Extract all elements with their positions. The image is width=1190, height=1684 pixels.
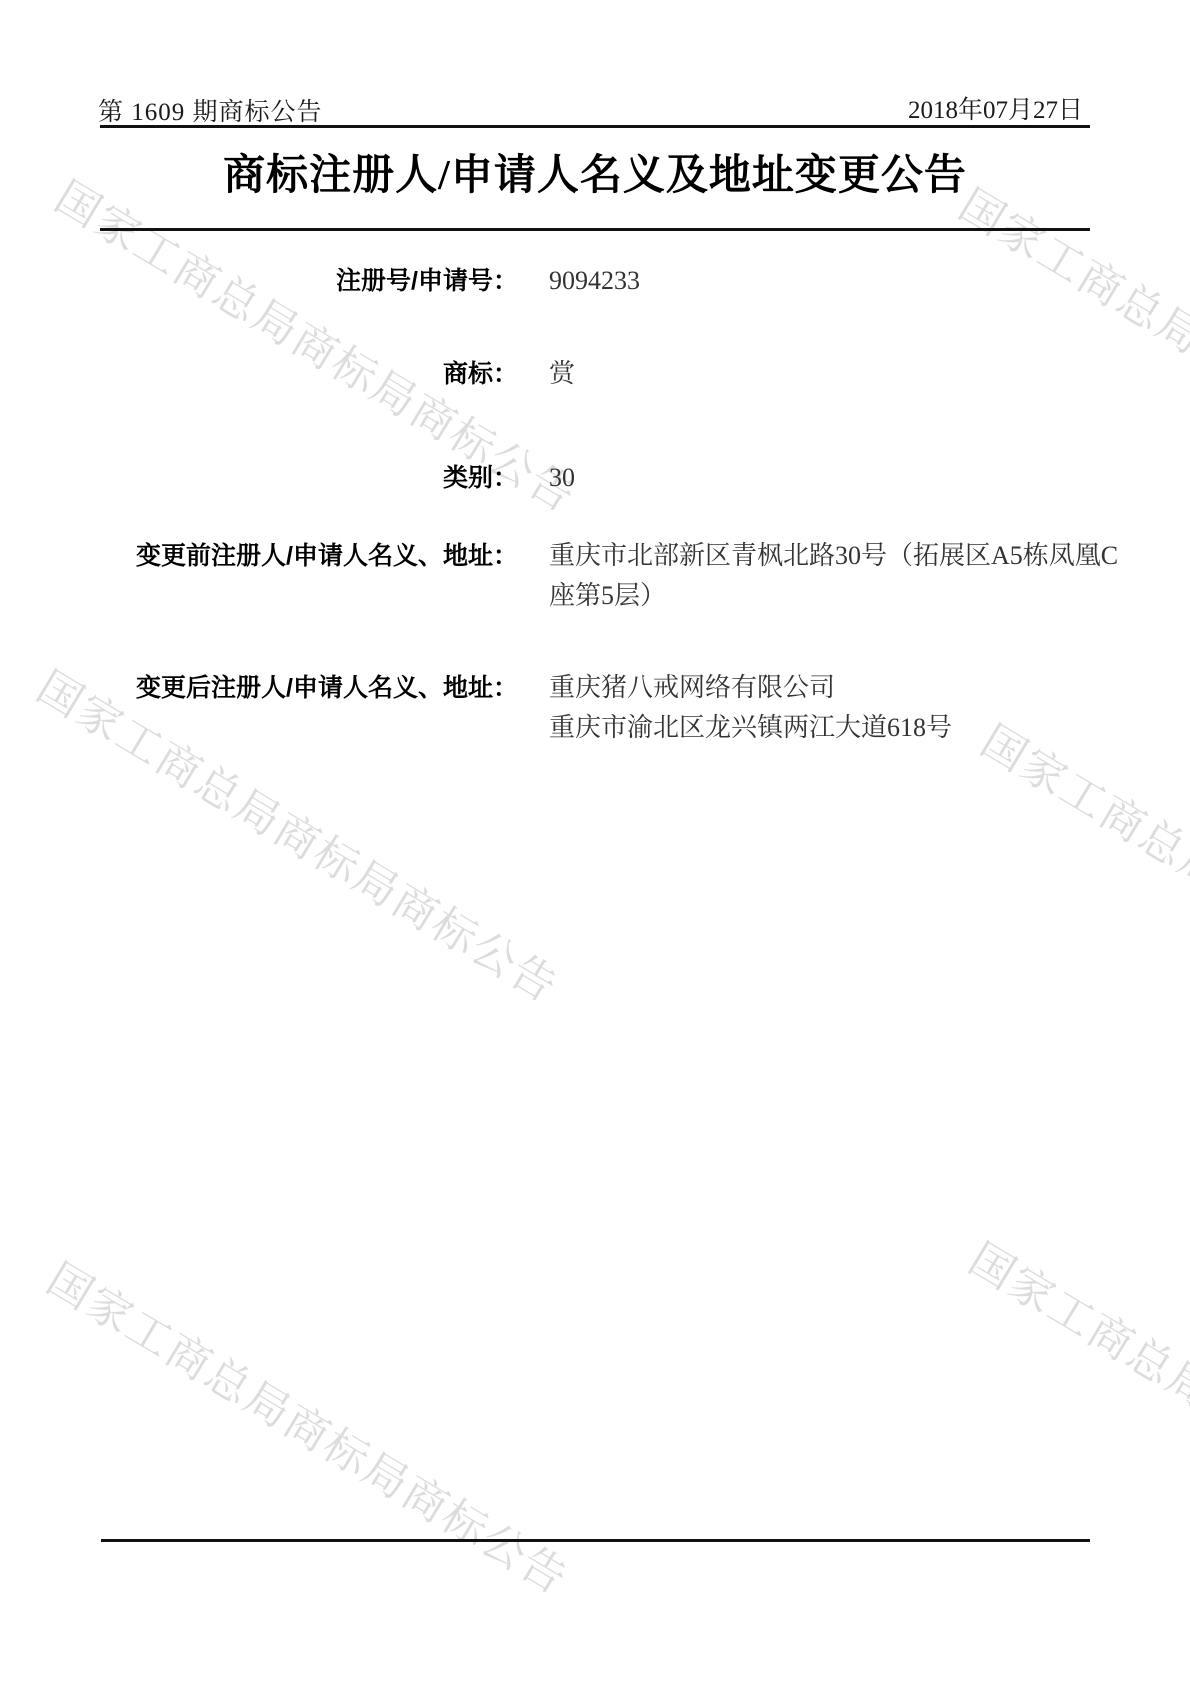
field-value: 9094233: [549, 261, 1089, 301]
field-value-line: 重庆市北部新区青枫北路30号（拓展区A5栋凤凰C: [549, 536, 1089, 576]
field-value-line: 重庆猪八戒网络有限公司: [549, 668, 1089, 708]
footer-divider: [101, 1539, 1090, 1542]
field-value-line: 赏: [549, 354, 1089, 394]
field-value-line: 9094233: [549, 261, 1089, 301]
journal-issue: 第 1609 期商标公告: [98, 92, 323, 128]
field-value: 赏: [549, 354, 1089, 394]
header-divider: [100, 125, 1090, 128]
field-value: 重庆市北部新区青枫北路30号（拓展区A5栋凤凰C座第5层）: [549, 536, 1089, 616]
field-value: 重庆猪八戒网络有限公司重庆市渝北区龙兴镇两江大道618号: [549, 668, 1089, 748]
field-value: 30: [549, 458, 1089, 498]
page-title: 商标注册人/申请人名义及地址变更公告: [0, 142, 1190, 202]
field-label: 类别：: [98, 458, 518, 494]
watermark-text: 国家工商总局商标局商标公告: [37, 1244, 583, 1607]
field-value-line: 重庆市渝北区龙兴镇两江大道618号: [549, 708, 1089, 748]
field-label: 变更后注册人/申请人名义、地址：: [98, 668, 518, 704]
field-value-line: 30: [549, 458, 1089, 498]
title-divider: [100, 228, 1090, 231]
field-value-line: 座第5层）: [549, 576, 1089, 616]
watermark-text: 国家工商总局商标局商标公告: [959, 1224, 1190, 1587]
document-page: 国家工商总局商标局商标公告国家工商总局商标局商标公告国家工商总局商标局商标公告国…: [0, 0, 1190, 1684]
field-label: 注册号/申请号：: [98, 261, 518, 297]
field-label: 变更前注册人/申请人名义、地址：: [98, 536, 518, 572]
field-label: 商标：: [98, 354, 518, 390]
watermark-text: 国家工商总局商标局商标公告: [971, 706, 1190, 1069]
publish-date: 2018年07月27日: [908, 90, 1083, 126]
watermark-text: 国家工商总局商标局商标公告: [27, 652, 573, 1015]
